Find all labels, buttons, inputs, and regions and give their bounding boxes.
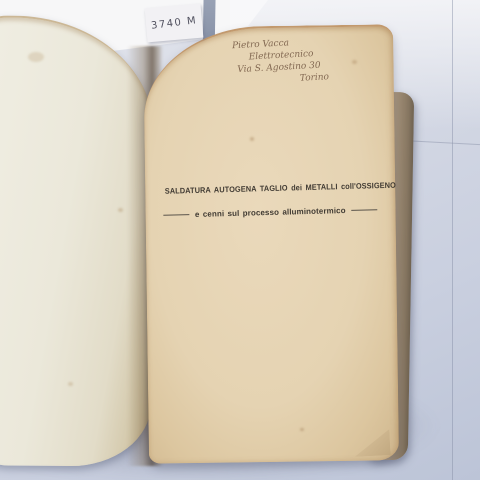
foxing-spot (118, 208, 123, 212)
inscription-line-4: Torino (300, 71, 330, 85)
half-title-print-block: SALDATURA AUTOGENA TAGLIO dei METALLI co… (156, 181, 385, 220)
book-photo-scene: 3740 M Pietro Vacca Elettrotecnico Via S… (0, 0, 480, 480)
inventory-tag-number: 3740 M (150, 15, 197, 32)
foxing-spot (28, 52, 44, 62)
inventory-tag: 3740 M (145, 4, 204, 43)
book-title-page (143, 24, 399, 463)
subtitle-rule-left (163, 214, 189, 216)
subtitle-rule-right (352, 209, 378, 211)
backdrop-seam-line (452, 0, 453, 480)
foxing-spot (352, 60, 357, 64)
foxing-spot (250, 137, 254, 141)
foxing-spot (68, 382, 73, 386)
foxing-spot (300, 428, 304, 431)
handwritten-inscription: Pietro Vacca Elettrotecnico Via S. Agost… (224, 35, 329, 88)
